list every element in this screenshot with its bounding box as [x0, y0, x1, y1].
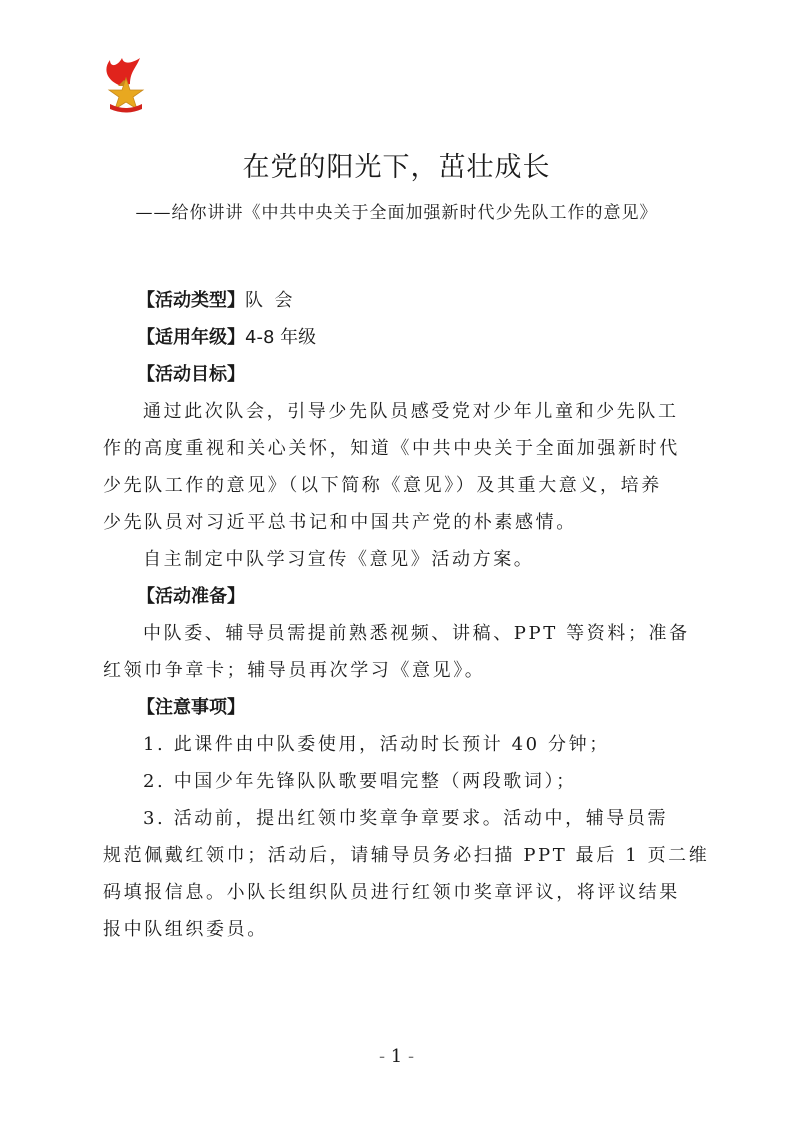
footer-dash: -: [408, 1046, 414, 1067]
goal-heading: 【活动目标】: [103, 356, 688, 393]
prep-line: 红领巾争章卡；辅导员再次学习《意见》。: [103, 652, 688, 689]
notes-line: 规范佩戴红领巾；活动后，请辅导员务必扫描 PPT 最后 1 页二维: [103, 837, 688, 874]
young-pioneers-badge-icon: [100, 56, 150, 116]
prep-line: 中队委、辅导员需提前熟悉视频、讲稿、PPT 等资料；准备: [103, 615, 688, 652]
notes-heading: 【注意事项】: [103, 689, 688, 726]
page-number: 1: [391, 1046, 402, 1067]
prep-heading: 【活动准备】: [103, 578, 688, 615]
goal-line: 自主制定中队学习宣传《意见》活动方案。: [103, 541, 688, 578]
notes-line: 2. 中国少年先锋队队歌要唱完整（两段歌词）；: [103, 763, 688, 800]
page-footer: - 1 -: [0, 1046, 793, 1067]
goal-line: 作的高度重视和关心关怀，知道《中共中央关于全面加强新时代: [103, 430, 688, 467]
notes-line: 1. 此课件由中队委使用，活动时长预计 40 分钟；: [103, 726, 688, 763]
grade-value: 4-8 年级: [245, 327, 316, 348]
notes-line: 3. 活动前，提出红领巾奖章争章要求。活动中，辅导员需: [103, 800, 688, 837]
goal-line: 通过此次队会，引导少先队员感受党对少年儿童和少先队工: [103, 393, 688, 430]
notes-line: 码填报信息。小队长组织队员进行红领巾奖章评议，将评议结果: [103, 874, 688, 911]
goal-line: 少先队员对习近平总书记和中国共产党的朴素感情。: [103, 504, 688, 541]
activity-type-row: 【活动类型】队 会: [103, 282, 688, 319]
activity-type-label: 【活动类型】: [137, 290, 245, 311]
document-subtitle: ——给你讲讲《中共中央关于全面加强新时代少先队工作的意见》: [0, 198, 793, 223]
document-title: 在党的阳光下，茁壮成长: [0, 145, 793, 184]
activity-type-value: 队 会: [245, 290, 292, 311]
document-body: 【活动类型】队 会 【适用年级】4-8 年级 【活动目标】 通过此次队会，引导少…: [103, 282, 688, 948]
footer-dash: -: [379, 1046, 385, 1067]
notes-line: 报中队组织委员。: [103, 911, 688, 948]
grade-label: 【适用年级】: [137, 327, 245, 348]
grade-row: 【适用年级】4-8 年级: [103, 319, 688, 356]
goal-line: 少先队工作的意见》（以下简称《意见》）及其重大意义，培养: [103, 467, 688, 504]
